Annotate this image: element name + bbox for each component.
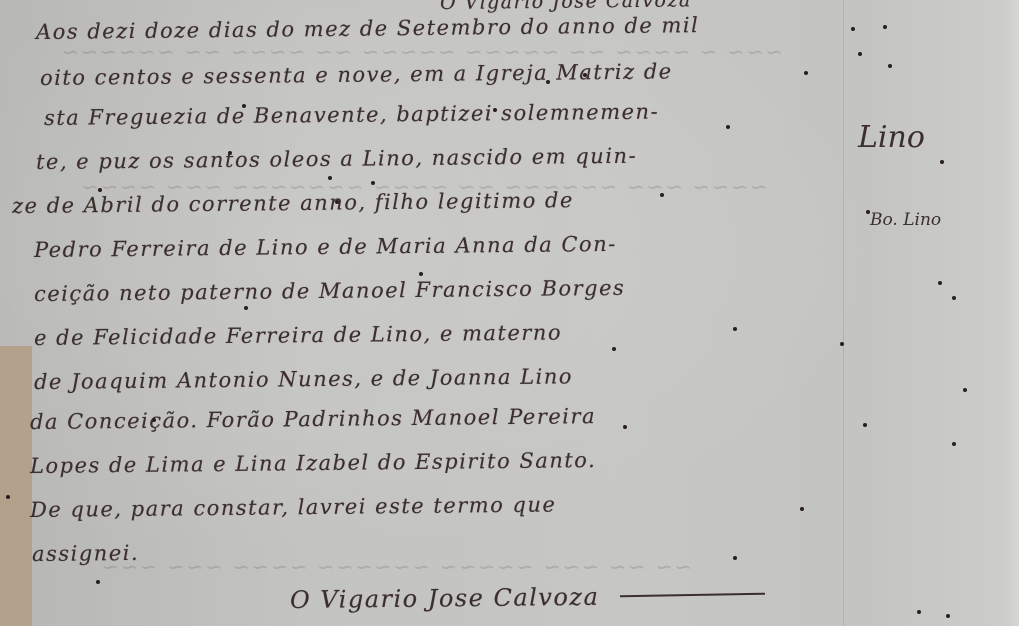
- record-line-12: De que, para constar, lavrei este termo …: [30, 492, 557, 522]
- ink-speck: [328, 176, 332, 180]
- ink-speck: [952, 296, 956, 300]
- ink-speck: [858, 52, 862, 56]
- record-line-9: de Joaquim Antonio Nunes, e de Joanna Li…: [34, 364, 573, 394]
- record-line-7: ceição neto paterno de Manoel Francisco …: [34, 276, 625, 306]
- ink-speck: [963, 388, 967, 392]
- vicar-signature: O Vigario Jose Calvoza: [290, 583, 600, 614]
- ink-speck: [583, 73, 587, 77]
- bleed-through-text: ~~~ ~ ~~~~ ~~ ~~~~~ ~~~~~ ~~ ~~~~ ~~ ~~~…: [60, 40, 783, 64]
- record-line-4: te, e puz os santos oleos a Lino, nascid…: [36, 144, 637, 174]
- signature-flourish: [620, 593, 765, 598]
- ink-speck: [623, 425, 627, 429]
- record-line-13: assignei.: [32, 541, 139, 566]
- ink-speck: [952, 442, 956, 446]
- ink-speck: [98, 188, 102, 192]
- record-line-3: sta Freguezia de Benavente, baptizei sol…: [44, 100, 659, 130]
- ink-speck: [493, 108, 497, 112]
- ink-speck: [242, 104, 246, 108]
- ink-speck: [946, 614, 950, 618]
- bleed-through-text: ~~ ~~ ~~~ ~~~~~ ~~~~~~ ~~~~ ~~~ ~~~: [100, 555, 692, 579]
- margin-divider: [843, 0, 844, 626]
- record-line-6: Pedro Ferreira de Lino e de Maria Anna d…: [34, 232, 617, 262]
- ink-speck: [335, 200, 339, 204]
- ink-speck: [938, 281, 942, 285]
- ink-speck: [419, 272, 423, 276]
- document-page: ~~~ ~ ~~~~ ~~ ~~~~~ ~~~~~ ~~ ~~~~ ~~ ~~~…: [0, 0, 1019, 626]
- ink-speck: [863, 423, 867, 427]
- ink-speck: [883, 25, 887, 29]
- ink-speck: [6, 495, 10, 499]
- record-line-5: ze de Abril do corrente anno, filho legi…: [12, 188, 574, 218]
- ink-speck: [371, 181, 375, 185]
- ink-speck: [152, 418, 156, 422]
- margin-note-annotation: Bo. Lino: [870, 210, 941, 230]
- page-edge-shading: [1005, 0, 1019, 626]
- ink-speck: [851, 27, 855, 31]
- ink-speck: [804, 71, 808, 75]
- ink-speck: [546, 80, 550, 84]
- ink-speck: [726, 125, 730, 129]
- record-line-11: Lopes de Lima e Lina Izabel do Espirito …: [30, 448, 596, 478]
- ink-speck: [612, 347, 616, 351]
- header-fragment: O Vigario Jose Calvoza: [440, 0, 692, 14]
- ink-speck: [733, 327, 737, 331]
- ink-speck: [96, 580, 100, 584]
- ink-speck: [800, 507, 804, 511]
- record-line-8: e de Felicidade Ferreira de Lino, e mate…: [34, 320, 562, 350]
- ink-speck: [888, 64, 892, 68]
- ink-speck: [733, 556, 737, 560]
- ink-speck: [228, 151, 232, 155]
- record-line-10: da Conceição. Forão Padrinhos Manoel Per…: [30, 404, 596, 434]
- ink-speck: [840, 342, 844, 346]
- ink-speck: [917, 610, 921, 614]
- ink-speck: [940, 160, 944, 164]
- underlying-page-edge: [0, 346, 32, 626]
- ink-speck: [866, 210, 870, 214]
- ink-speck: [660, 193, 664, 197]
- margin-note-name: Lino: [858, 120, 925, 155]
- ink-speck: [244, 306, 248, 310]
